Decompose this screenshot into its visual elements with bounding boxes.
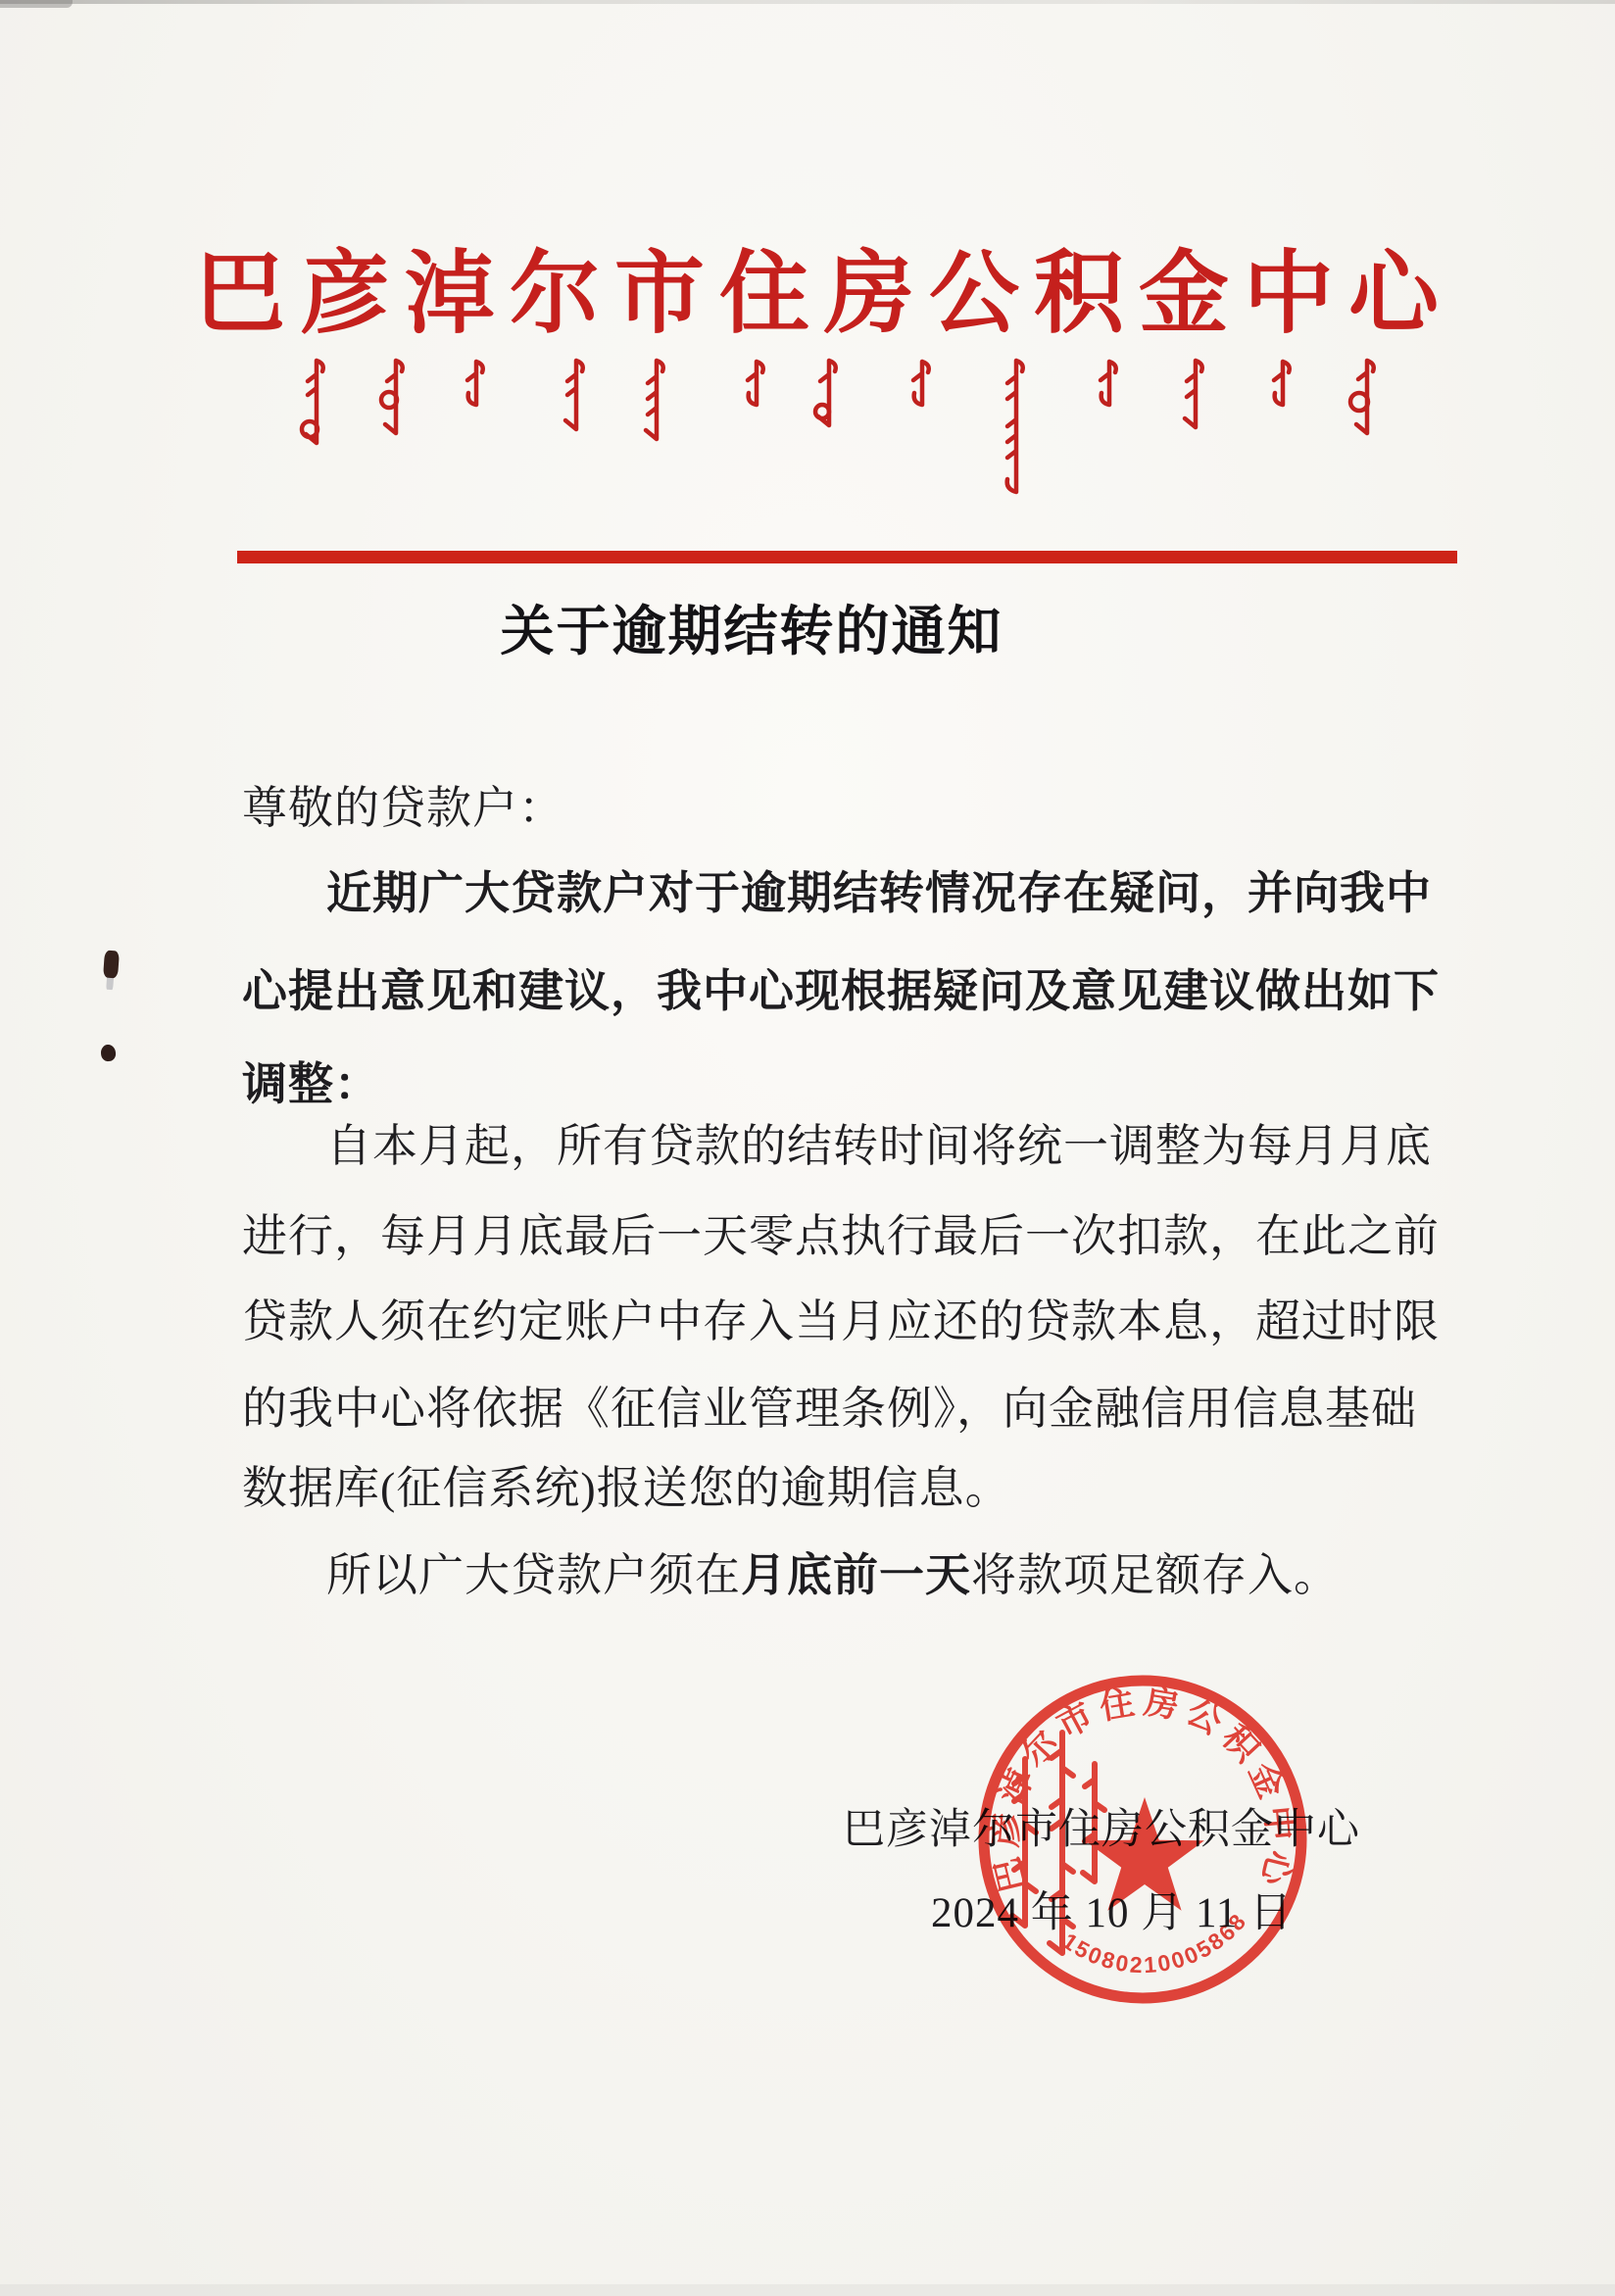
body-line-prefix: 所以广大贷款户须在 bbox=[326, 1550, 741, 1600]
body-line: 近期广大贷款户对于逾期结转情况存在疑问，并向我中 bbox=[326, 857, 1432, 922]
body-line: 贷款人须在约定账户中存入当月应还的贷款本息，超过时限 bbox=[242, 1286, 1440, 1350]
mongolian-glyph bbox=[818, 361, 836, 425]
body-line-suffix: 将款项足额存入。 bbox=[971, 1550, 1340, 1600]
letterhead-divider-rule bbox=[237, 551, 1457, 563]
mongolian-glyph-loop bbox=[815, 405, 829, 418]
body-line: 调整： bbox=[242, 1049, 380, 1113]
scanner-edge-corner bbox=[0, 0, 73, 8]
mongolian-glyph bbox=[467, 362, 483, 405]
mongolian-glyph bbox=[913, 362, 929, 405]
body-line: 的我中心将依据《征信业管理条例》，向金融信用信息基础 bbox=[242, 1373, 1417, 1438]
mongolian-glyph-loop bbox=[381, 392, 397, 408]
mongolian-glyph-loop bbox=[1350, 393, 1368, 411]
signature-org: 巴彦淖尔市住房公积金中心 bbox=[843, 1796, 1360, 1856]
body-line: 进行，每月月底最后一天零点执行最后一次扣款，在此之前 bbox=[242, 1200, 1440, 1265]
mongolian-glyph bbox=[646, 361, 663, 439]
body-line-with-emphasis: 所以广大贷款户须在月底前一天将款项足额存入。 bbox=[326, 1539, 1340, 1604]
mongolian-glyph bbox=[1101, 362, 1116, 405]
scanned-notice-page: 巴彦淖尔市住房公积金中心 关于逾期结转的通知 尊敬的贷款户： 近期广大贷款户对于… bbox=[0, 0, 1615, 2296]
signature-date: 2024 年 10 月 11 日 bbox=[931, 1880, 1293, 1939]
mongolian-script-row bbox=[302, 361, 1374, 492]
notice-title: 关于逾期结转的通知 bbox=[242, 588, 1261, 665]
mongolian-glyph bbox=[1007, 361, 1023, 492]
letterhead-org-title: 巴彦淖尔市住房公积金中心 bbox=[0, 221, 1615, 351]
mongolian-glyph bbox=[1356, 361, 1374, 433]
mongolian-glyph bbox=[385, 361, 403, 433]
mongolian-glyph bbox=[1185, 361, 1202, 427]
mongolian-glyph bbox=[565, 361, 583, 429]
body-line: 心提出意见和建议，我中心现根据疑问及意见建议做出如下 bbox=[242, 955, 1440, 1020]
seal-arc-text: 巴彦淖尔市住房公积金中心 bbox=[985, 1683, 1300, 1896]
salutation-line: 尊敬的贷款户： bbox=[242, 772, 564, 837]
scanner-edge-top bbox=[0, 0, 1615, 4]
mongolian-glyph bbox=[306, 361, 323, 443]
margin-scan-mark bbox=[100, 1044, 117, 1061]
mongolian-glyph-loop bbox=[302, 421, 318, 437]
body-line: 数据库(征信系统)报送您的逾期信息。 bbox=[242, 1452, 1011, 1517]
body-line-emphasis: 月底前一天 bbox=[741, 1550, 971, 1600]
scanner-edge-bottom bbox=[0, 2284, 1615, 2296]
mongolian-glyph bbox=[1274, 362, 1290, 405]
mongolian-glyph bbox=[748, 362, 763, 405]
margin-scan-mark bbox=[103, 951, 120, 979]
body-line: 自本月起，所有贷款的结转时间将统一调整为每月月底 bbox=[326, 1110, 1432, 1175]
